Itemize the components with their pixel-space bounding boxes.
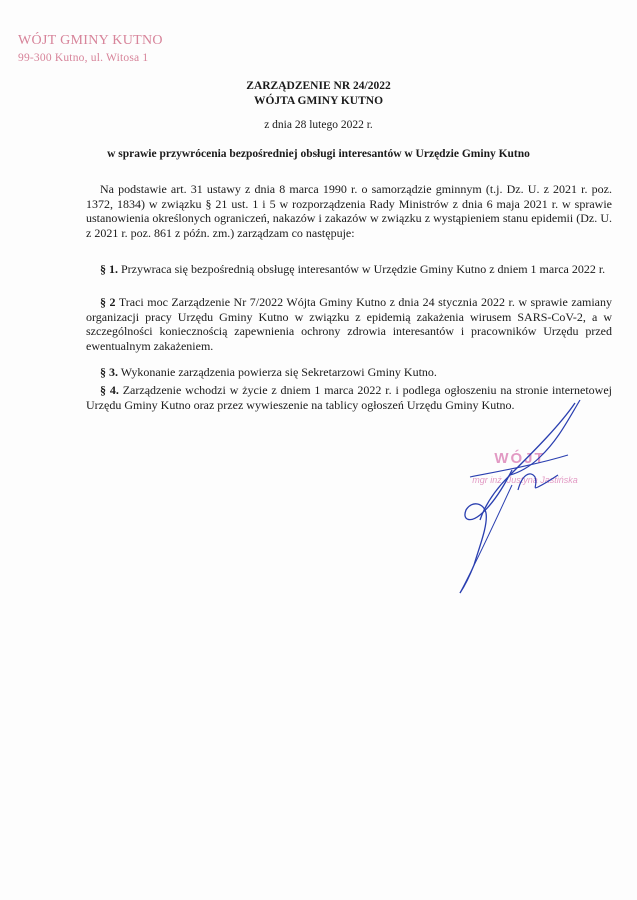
intro-paragraph: Na podstawie art. 31 ustawy z dnia 8 mar… — [86, 182, 612, 240]
section-2-number: § 2 — [100, 295, 116, 309]
document-subject: w sprawie przywrócenia bezpośredniej obs… — [0, 148, 637, 160]
section-4-number: § 4. — [100, 383, 119, 397]
section-3-text: Wykonanie zarządzenia powierza się Sekre… — [118, 365, 437, 379]
section-1-number: § 1. — [100, 262, 118, 276]
handwritten-signature-icon — [440, 395, 590, 595]
document-date: z dnia 28 lutego 2022 r. — [0, 119, 637, 131]
section-3: § 3. Wykonanie zarządzenia powierza się … — [86, 365, 612, 380]
document-title-line1: ZARZĄDZENIE NR 24/2022 — [0, 79, 637, 94]
section-2: § 2 Traci moc Zarządzenie Nr 7/2022 Wójt… — [86, 295, 612, 353]
document-title: ZARZĄDZENIE NR 24/2022 WÓJTA GMINY KUTNO — [0, 79, 637, 109]
section-3-number: § 3. — [100, 365, 118, 379]
letterhead-stamp-address: 99-300 Kutno, ul. Witosa 1 — [18, 52, 163, 66]
section-1-text: Przywraca się bezpośrednią obsługę inter… — [118, 262, 605, 276]
letterhead-stamp-line1: WÓJT GMINY KUTNO — [18, 33, 163, 50]
section-1: § 1. Przywraca się bezpośrednią obsługę … — [86, 262, 612, 277]
letterhead-stamp: WÓJT GMINY KUTNO 99-300 Kutno, ul. Witos… — [18, 33, 163, 66]
section-2-text: Traci moc Zarządzenie Nr 7/2022 Wójta Gm… — [86, 295, 612, 353]
document-title-line2: WÓJTA GMINY KUTNO — [0, 94, 637, 109]
document-page: WÓJT GMINY KUTNO 99-300 Kutno, ul. Witos… — [0, 0, 637, 900]
intro-text: Na podstawie art. 31 ustawy z dnia 8 mar… — [86, 182, 612, 240]
